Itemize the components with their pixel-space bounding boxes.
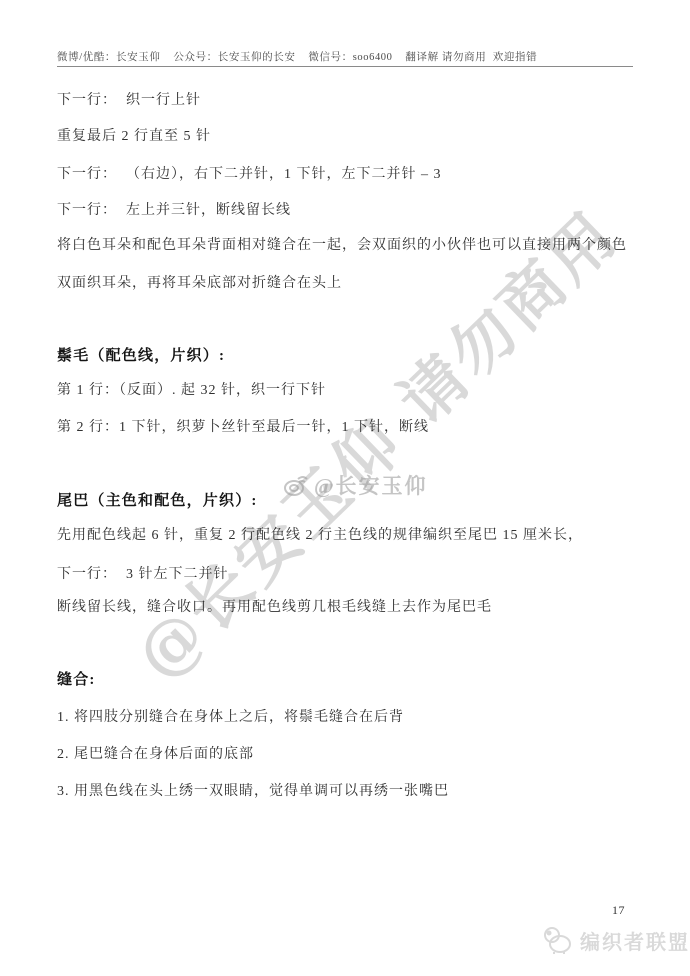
instruction-line: 下一行： 左上并三针，断线留长线 xyxy=(57,192,637,230)
numbered-step: 1. 将四肢分别缝合在身体上之后，将鬃毛缝合在后背 xyxy=(57,699,637,737)
section-heading-mane: 鬃毛（配色线，片织）: xyxy=(57,337,637,375)
sheep-icon xyxy=(540,925,574,955)
section-heading-seaming: 缝合: xyxy=(57,661,637,699)
instruction-paragraph: 将白色耳朵和配色耳朵背面相对缝合在一起，会双面织的小伙伴也可以直接用两个颜色双面… xyxy=(57,227,637,303)
numbered-step: 2. 尾巴缝合在身体后面的底部 xyxy=(57,736,637,774)
numbered-step: 3. 用黑色线在头上绣一双眼睛，觉得单调可以再绣一张嘴巴 xyxy=(57,773,637,811)
page-number: 17 xyxy=(612,903,625,918)
document-header: 微博/优酷：长安玉仰 公众号：长安玉仰的长安 微信号：soo6400 翻译解 请… xyxy=(57,49,637,64)
instruction-line: 下一行： 织一行上针 xyxy=(57,82,637,120)
instruction-line: 第 1 行：（反面）. 起 32 针，织一行下针 xyxy=(57,372,637,410)
header-divider xyxy=(57,66,633,67)
document-page: @长安玉仰 请勿商用 微博/优酷：长安玉仰 公众号：长安玉仰的长安 微信号：so… xyxy=(0,0,690,976)
instruction-line: 重复最后 2 行直至 5 针 xyxy=(57,118,637,156)
instruction-line: 第 2 行：1 下针，织萝卜丝针至最后一针，1 下针，断线 xyxy=(57,409,637,447)
instruction-line: 断线留长线，缝合收口。再用配色线剪几根毛线缝上去作为尾巴毛 xyxy=(57,589,637,627)
section-heading-tail: 尾巴（主色和配色，片织）: xyxy=(57,482,637,520)
knitters-union-text: 编织者联盟 xyxy=(580,926,690,955)
instruction-line: 先用配色线起 6 针，重复 2 行配色线 2 行主色线的规律编织至尾巴 15 厘… xyxy=(57,517,637,555)
instruction-line: 下一行： （右边），右下二并针，1 下针，左下二并针 – 3 xyxy=(57,156,637,194)
knitters-union-watermark: 编织者联盟 xyxy=(540,925,690,955)
